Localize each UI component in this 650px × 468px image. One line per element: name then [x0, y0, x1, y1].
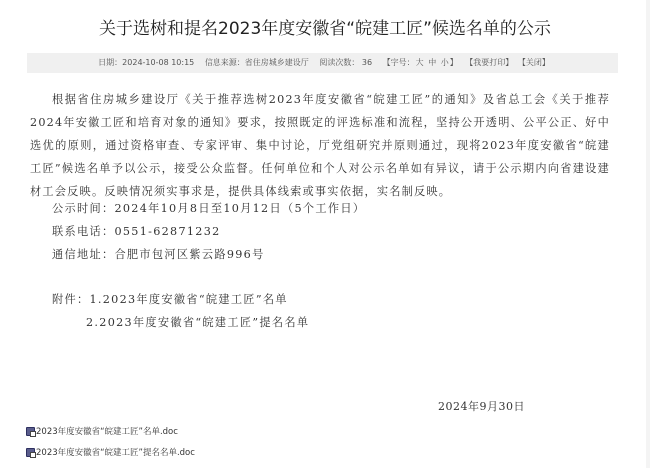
word-doc-icon	[26, 427, 35, 436]
download-filename[interactable]: 2023年度安徽省“皖建工匠”名单.doc	[36, 425, 178, 437]
body-paragraph: 根据省住房城乡建设厅《关于推荐选树2023年度安徽省“皖建工匠”的通知》及省总工…	[30, 88, 610, 203]
attachment-item-1: 附件：1.2023年度安徽省“皖建工匠”名单	[52, 290, 288, 310]
word-doc-icon	[26, 448, 35, 457]
font-size-switcher: 【字号：大 中 小】	[383, 58, 458, 67]
info-source: 信息来源：省住房城乡建设厅	[205, 58, 309, 67]
print-button[interactable]: 【我要打印】	[465, 58, 513, 67]
close-button[interactable]: 【关闭】	[518, 58, 550, 67]
font-size-medium-button[interactable]: 中	[428, 58, 436, 67]
contact-phone: 联系电话：0551-62871232	[52, 222, 221, 242]
mailing-address: 通信地址：合肥市包河区紫云路996号	[52, 245, 265, 265]
font-size-large-button[interactable]: 大	[416, 58, 424, 67]
download-link-1[interactable]: 2023年度安徽省“皖建工匠”名单.doc	[26, 425, 178, 437]
download-filename[interactable]: 2023年度安徽省“皖建工匠”提名名单.doc	[36, 446, 195, 458]
view-count-label: 阅读次数：	[319, 58, 359, 67]
article-title: 关于选树和提名2023年度安徽省“皖建工匠”候选名单的公示	[0, 16, 650, 42]
notice-period: 公示时间：2024年10月8日至10月12日（5个工作日）	[52, 199, 365, 219]
font-size-prefix: 【字号：	[383, 58, 415, 67]
font-size-small-button[interactable]: 小	[441, 58, 449, 67]
article-meta-bar: 日期：2024-10-08 10:15 信息来源：省住房城乡建设厅 阅读次数： …	[27, 53, 618, 73]
signed-date: 2024年9月30日	[438, 398, 525, 414]
download-link-2[interactable]: 2023年度安徽省“皖建工匠”提名名单.doc	[26, 446, 195, 458]
attachment-item-2: 2.2023年度安徽省“皖建工匠”提名名单	[86, 313, 309, 333]
view-count: 阅读次数： 36	[319, 58, 372, 67]
page-right-border	[646, 0, 650, 468]
publish-date: 日期：2024-10-08 10:15	[98, 58, 194, 67]
article-body: 根据省住房城乡建设厅《关于推荐选树2023年度安徽省“皖建工匠”的通知》及省总工…	[30, 88, 610, 203]
font-size-suffix: 】	[450, 58, 458, 67]
view-count-value: 36	[362, 58, 372, 67]
